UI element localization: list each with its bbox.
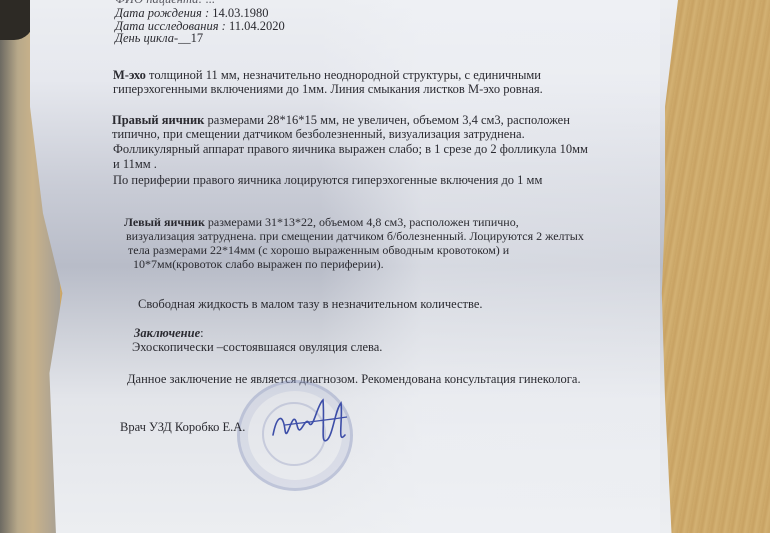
right-ovary-line-1: Правый яичник размерами 28*16*15 мм, не … [112, 113, 570, 128]
cycle-day-value: 17 [191, 31, 204, 45]
exam-date-value: 11.04.2020 [229, 19, 285, 33]
left-ovary-line-3: тела размерами 22*14мм (с хорошо выражен… [128, 243, 509, 258]
m-echo-line-1: М-эхо толщиной 11 мм, незначительно неод… [113, 68, 541, 83]
right-ovary-line-5: По периферии правого яичника лоцируются … [113, 173, 542, 188]
free-fluid-line: Свободная жидкость в малом тазу в незнач… [138, 297, 483, 312]
m-echo-title: М-эхо [113, 68, 146, 82]
right-ovary-title: Правый яичник [112, 113, 204, 127]
disclaimer-line: Данное заключение не является диагнозом.… [127, 372, 581, 387]
left-ovary-line-2: визуализация затруднена. при смещении да… [126, 229, 584, 244]
left-ovary-title: Левый яичник [124, 215, 205, 229]
left-ovary-line-4: 10*7мм(кровоток слабо выражен по перифер… [133, 257, 384, 272]
right-ovary-line-2: типично, при смещении датчиком безболезн… [112, 127, 525, 142]
conclusion-text: Эхоскопически –состоявшаяся овуляция сле… [132, 340, 382, 355]
conclusion-title: Заключение: [134, 326, 204, 341]
m-echo-line-2: гиперэхогенными включениями до 1мм. Лини… [113, 82, 543, 97]
signature-scribble [265, 395, 355, 455]
right-ovary-line-3: Фолликулярный аппарат правого яичника вы… [113, 142, 588, 157]
birth-date-value: 14.03.1980 [212, 6, 268, 20]
cycle-day-line: День цикла-__17 [115, 31, 203, 46]
left-ovary-line-1: Левый яичник размерами 31*13*22, объемом… [124, 215, 519, 230]
doctor-signature-line: Врач УЗД Коробко Е.А. [120, 420, 245, 435]
right-ovary-line-4: и 11мм . [113, 157, 157, 172]
